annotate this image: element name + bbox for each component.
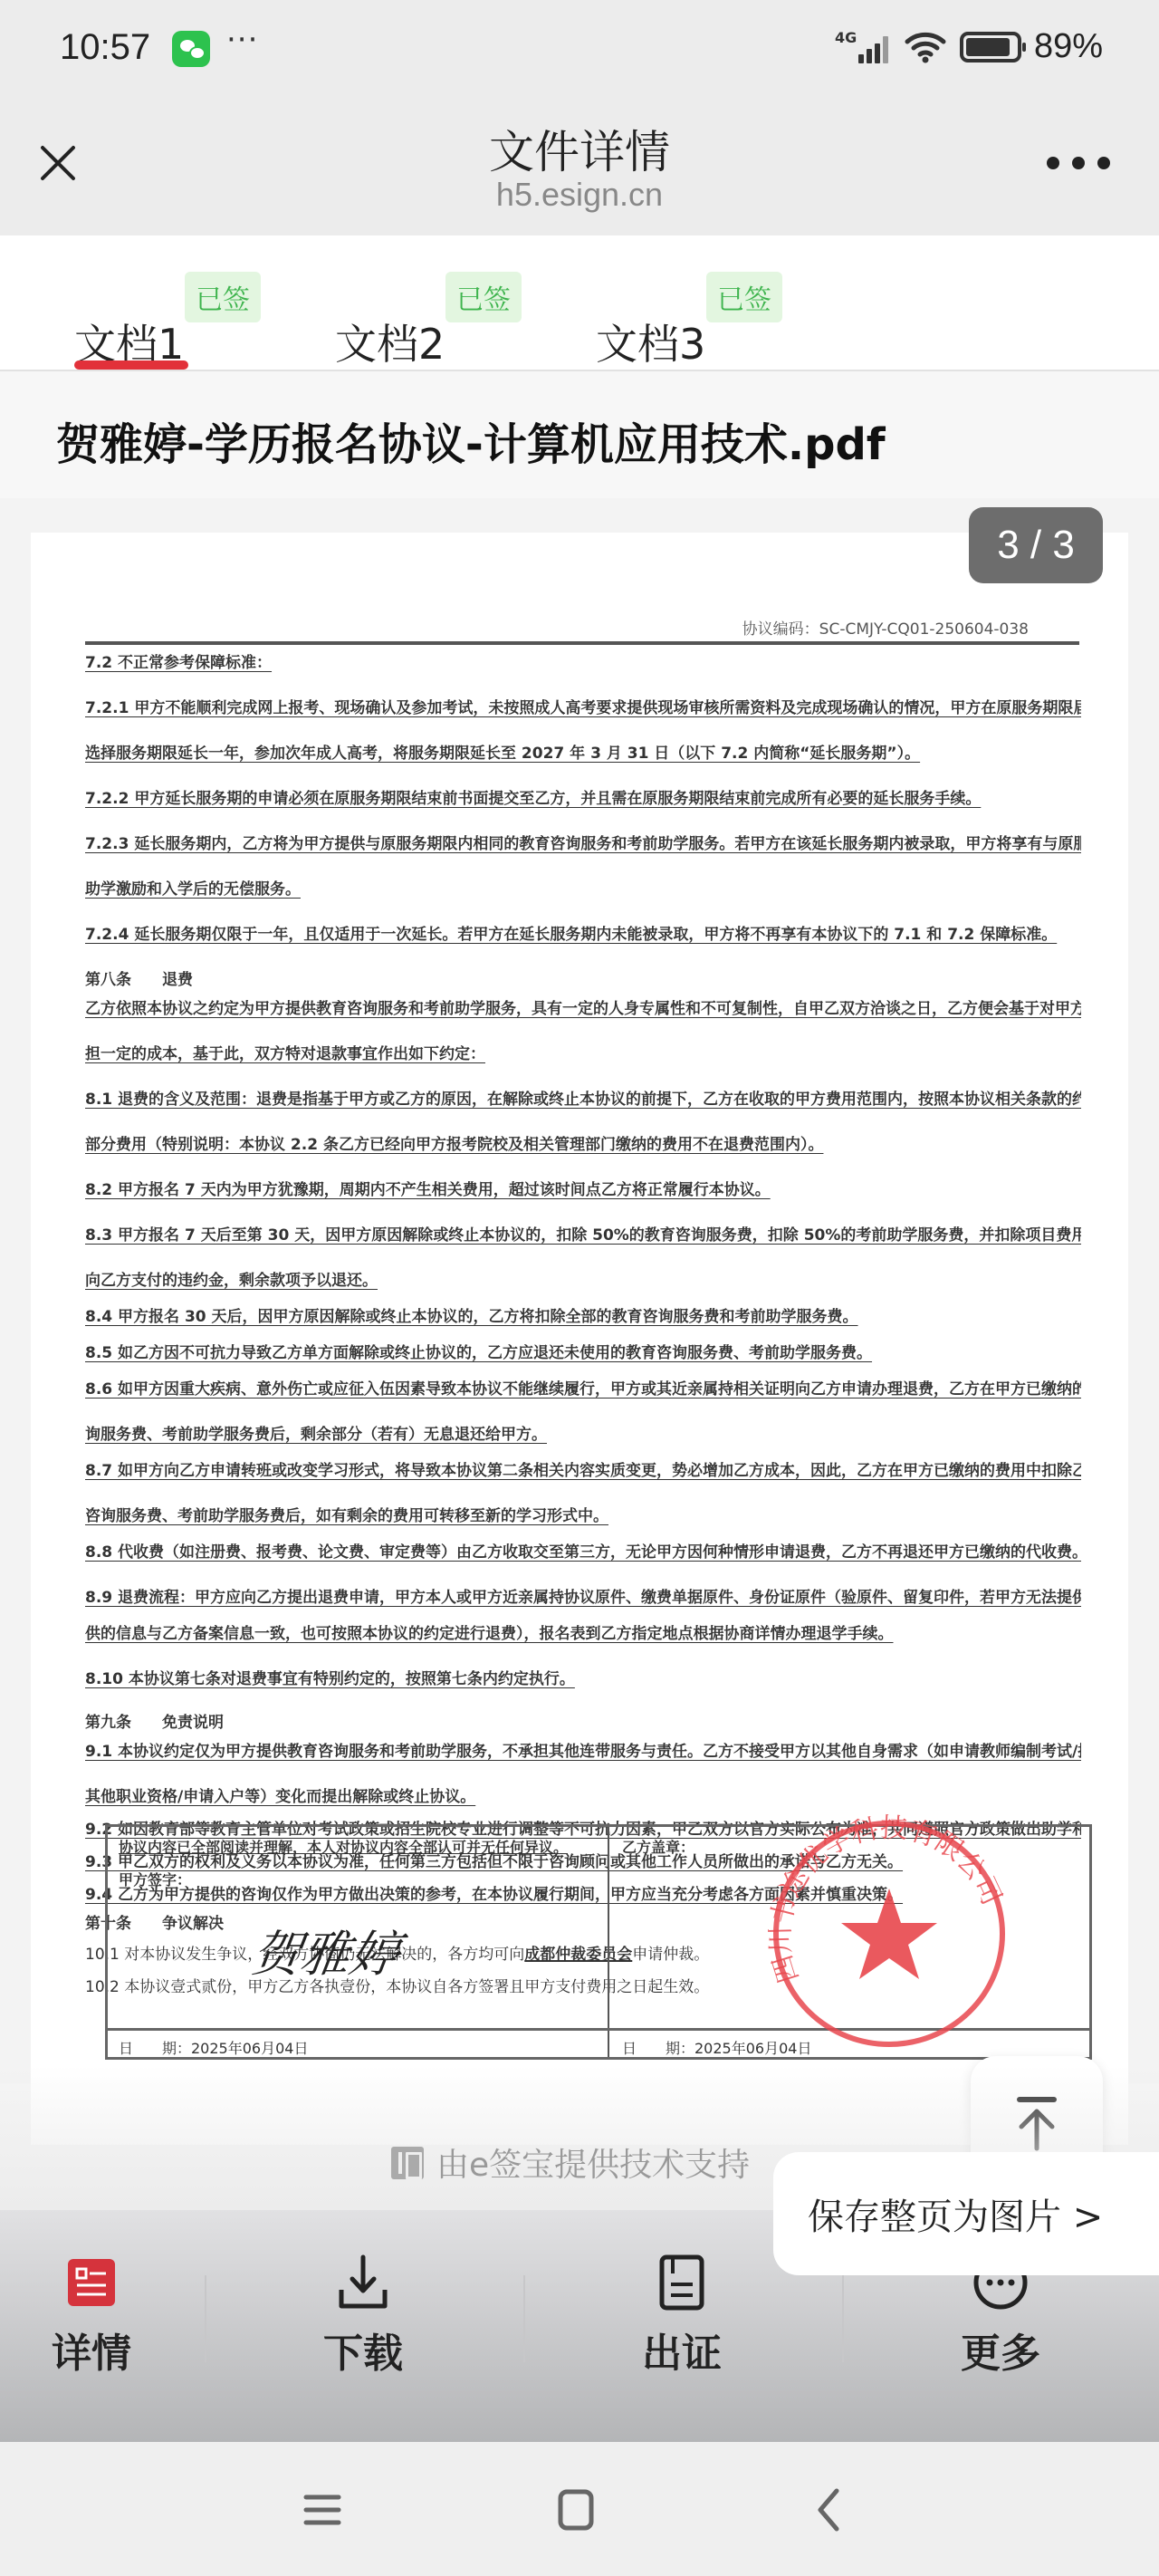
battery-icon (960, 32, 1021, 62)
wifi-icon (904, 29, 947, 65)
signed-badge: 已签 (706, 272, 782, 322)
clause-line: 供的信息与乙方备案信息一致，也可按照本协议的约定进行退费），报名表到乙方指定地点… (85, 1625, 1081, 1643)
details-icon (55, 2246, 128, 2319)
document-body: 7.2 不正常参考保障标准：7.2.1 甲方不能顺利完成网上报考、现场确认及参加… (85, 649, 1081, 1996)
download-icon (327, 2246, 399, 2319)
section-heading: 第八条 退费 (85, 971, 1081, 989)
toolbar-label: 更多 (896, 2321, 1105, 2379)
toolbar-certificate-button[interactable]: 出证 (578, 2246, 786, 2400)
signature-table: 协议内容已全部阅读并理解，本人对协议内容全部认可并无任何异议。 甲方签字： 贺雅… (105, 1824, 1092, 2060)
save-page-as-image-button[interactable]: 保存整页为图片 > (773, 2152, 1159, 2275)
toolbar-label: 出证 (578, 2321, 786, 2379)
file-name: 贺雅婷-学历报名协议-计算机应用技术.pdf (56, 409, 886, 472)
more-notifications-icon: ··· (226, 22, 258, 58)
powered-by-text: 由e签宝提供技术支持 (436, 2139, 750, 2186)
back-icon (811, 2487, 848, 2533)
recent-apps-button[interactable] (286, 2478, 359, 2542)
tab-label: 文档3 (596, 312, 705, 371)
clause-line: 其他职业资格/申请入户等）变化而提出解除或终止协议。 (85, 1788, 1081, 1806)
clause-line: 7.2.2 甲方延长服务期的申请必须在原服务期限结束前书面提交至乙方，并且需在原… (85, 790, 1081, 808)
toolbar-details-button[interactable]: 详情 (0, 2246, 196, 2400)
title-bar: 文件详情 h5.esign.cn (0, 100, 1159, 235)
toolbar-download-button[interactable]: 下载 (259, 2246, 467, 2400)
status-bar: 10:57 ··· 4G 89% (0, 0, 1159, 100)
document-page: 协议编码：SC-CMJY-CQ01-250604-038 7.2 不正常参考保障… (31, 533, 1128, 2145)
clause-line: 8.2 甲方报名 7 天内为甲方犹豫期，周期内不产生相关费用，超过该时间点乙方将… (85, 1181, 1081, 1199)
clause-line: 8.8 代收费（如注册费、报考费、论文费、审定费等）由乙方收取交至第三方，无论甲… (85, 1543, 1081, 1562)
clause-line: 部分费用（特别说明：本协议 2.2 条乙方已经向甲方报考院校及相关管理部门缴纳的… (85, 1136, 1081, 1154)
company-seal-icon: 四川书途优学科技有限公司 (758, 1809, 1020, 2053)
party-a-sign-label: 甲方签字： (119, 1869, 191, 1889)
tab-label: 文档2 (335, 312, 445, 371)
wechat-notification-icon (172, 31, 210, 67)
clause-line: 9.1 本协议约定仅为甲方提供教育咨询服务和考前助学服务，不承担其他连带服务与责… (85, 1743, 1081, 1761)
system-navigation-bar (0, 2442, 1159, 2576)
clause-line: 8.5 如乙方因不可抗力导致乙方单方面解除或终止协议的，乙方应退还未使用的教育咨… (85, 1344, 1081, 1362)
status-time: 10:57 (60, 27, 150, 68)
clause-line: 7.2.4 延长服务期仅限于一年，且仅适用于一次延长。若甲方在延长服务期内未能被… (85, 926, 1081, 944)
header-rule (85, 641, 1079, 645)
battery-percent: 89% (1034, 27, 1103, 66)
clause-line: 8.7 如甲方向乙方申请转班或改变学习形式，将导致本协议第二条相关内容实质变更，… (85, 1462, 1081, 1480)
cellular-signal-icon: 4G (835, 29, 891, 65)
esign-logo-icon (391, 2147, 424, 2179)
document-tabs: 文档1 已签 文档2 已签 文档3 已签 (0, 235, 1159, 371)
status-indicators: 4G 89% (835, 27, 1103, 66)
clause-line: 助学激励和入学后的无偿服务。 (85, 880, 1081, 899)
home-icon (556, 2487, 596, 2533)
page-title: 文件详情 (0, 116, 1159, 181)
signed-badge: 已签 (445, 272, 522, 322)
active-tab-indicator (74, 360, 188, 370)
section-heading: 第九条 免责说明 (85, 1714, 1081, 1732)
agreement-code: 协议编码：SC-CMJY-CQ01-250604-038 (742, 616, 1029, 639)
file-header: 贺雅婷-学历报名协议-计算机应用技术.pdf (0, 371, 1159, 498)
clause-line: 担一定的成本，基于此，双方特对退款事宜作出如下约定： (85, 1045, 1081, 1063)
party-a-date: 日 期：2025年06月04日 (119, 2037, 308, 2058)
home-button[interactable] (540, 2478, 612, 2542)
party-b-seal-label: 乙方盖章： (622, 1836, 694, 1857)
document-viewer[interactable]: 3 / 3 协议编码：SC-CMJY-CQ01-250604-038 7.2 不… (0, 498, 1159, 2083)
clause-line: 向乙方支付的违约金，剩余款项予以退还。 (85, 1272, 1081, 1290)
clause-line: 咨询服务费、考前助学服务费后，如有剩余的费用可转移至新的学习形式中。 (85, 1507, 1081, 1525)
page-counter: 3 / 3 (969, 507, 1103, 583)
signed-badge: 已签 (185, 272, 261, 322)
clause-line: 8.9 退费流程：甲方应向乙方提出退费申请，甲方本人或甲方近亲属持协议原件、缴费… (85, 1589, 1081, 1607)
page-domain: h5.esign.cn (0, 176, 1159, 214)
clause-line: 7.2.3 延长服务期内，乙方将为甲方提供与原服务期限内相同的教育咨询服务和考前… (85, 835, 1081, 853)
back-button[interactable] (793, 2478, 866, 2542)
clause-line: 8.1 退费的含义及范围：退费是指基于甲方或乙方的原因，在解除或终止本协议的前提… (85, 1091, 1081, 1109)
clause-line: 8.6 如甲方因重大疾病、意外伤亡或应征入伍因素导致本协议不能继续履行，甲方或其… (85, 1380, 1081, 1399)
toolbar-label: 详情 (0, 2321, 196, 2379)
clause-line: 8.4 甲方报名 30 天后，因甲方原因解除或终止本协议的，乙方将扣除全部的教育… (85, 1308, 1081, 1326)
clause-line: 8.3 甲方报名 7 天后至第 30 天，因甲方原因解除或终止本协议的，扣除 5… (85, 1226, 1081, 1245)
party-a-acknowledgement: 协议内容已全部阅读并理解，本人对协议内容全部认可并无任何异议。 (119, 1836, 568, 1857)
party-a-signature: 贺雅婷 (248, 1916, 405, 1985)
powered-by: 由e签宝提供技术支持 (391, 2139, 750, 2186)
clause-line: 询服务费、考前助学服务费后，剩余部分（若有）无息退还给甲方。 (85, 1426, 1081, 1444)
certificate-icon (646, 2246, 718, 2319)
toolbar-label: 下载 (259, 2321, 467, 2379)
clause-line: 7.2 不正常参考保障标准： (85, 654, 1081, 672)
menu-icon (302, 2490, 342, 2530)
more-menu-button[interactable] (1047, 154, 1110, 172)
clause-line: 选择服务期限延长一年，参加次年成人高考，将服务期限延长至 2027 年 3 月 … (85, 745, 1081, 763)
clause-line: 8.10 本协议第七条对退费事宜有特别约定的，按照第七条内约定执行。 (85, 1670, 1081, 1688)
clause-line: 乙方依照本协议之约定为甲方提供教育咨询服务和考前助学服务，具有一定的人身专属性和… (85, 1000, 1081, 1018)
clause-line: 7.2.1 甲方不能顺利完成网上报考、现场确认及参加考试，未按照成人高考要求提供… (85, 699, 1081, 717)
